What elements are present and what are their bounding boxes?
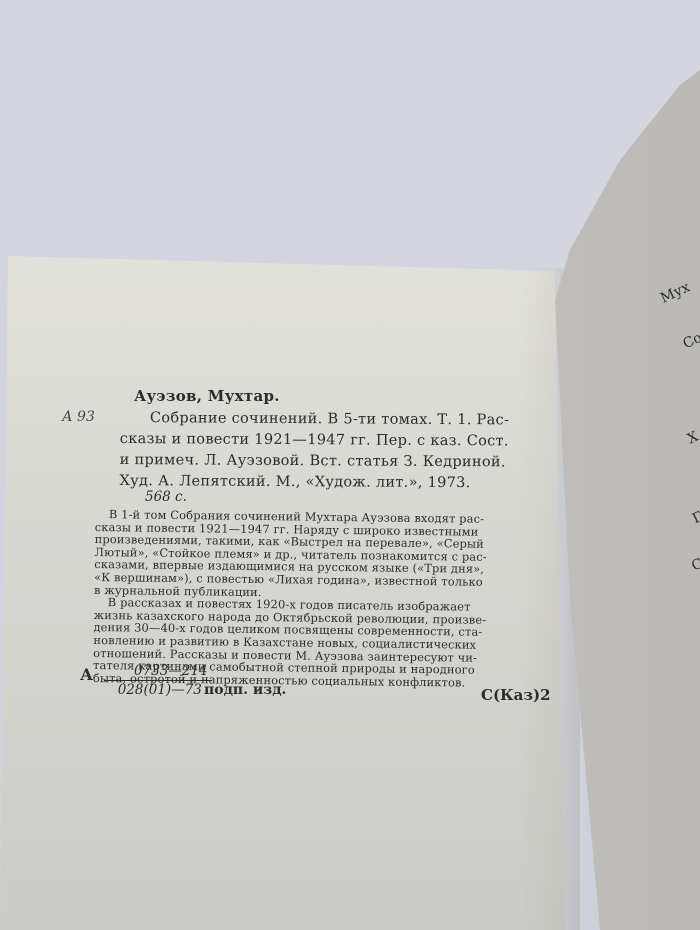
- annotation: В 1-й том Собрания сочинений Мухтара Ауэ…: [93, 508, 488, 689]
- catalog-code: А 93: [62, 409, 95, 425]
- bbk-code: С(Каз)2: [481, 686, 551, 704]
- entry-line: сказы и повести 1921—1947 гг. Пер. с каз…: [120, 429, 509, 452]
- index-denominator: 028(01)—73: [104, 681, 212, 698]
- entry-line: и примеч. Л. Ауэзовой. Вст. статья З. Ке…: [120, 450, 509, 473]
- index-fraction: 0733—214 028(01)—73: [104, 663, 212, 698]
- page-count: 568 с.: [145, 489, 187, 505]
- bibliographic-entry: Собрание сочинений. В 5-ти томах. Т. 1. …: [119, 408, 509, 494]
- index-numerator: 0733—214: [104, 663, 212, 681]
- author-heading: Ауэзов, Мухтар.: [134, 387, 280, 405]
- index-letter: А: [80, 665, 93, 684]
- index-note: подп. изд.: [204, 682, 286, 698]
- entry-line: Собрание сочинений. В 5-ти томах. Т. 1. …: [120, 408, 509, 431]
